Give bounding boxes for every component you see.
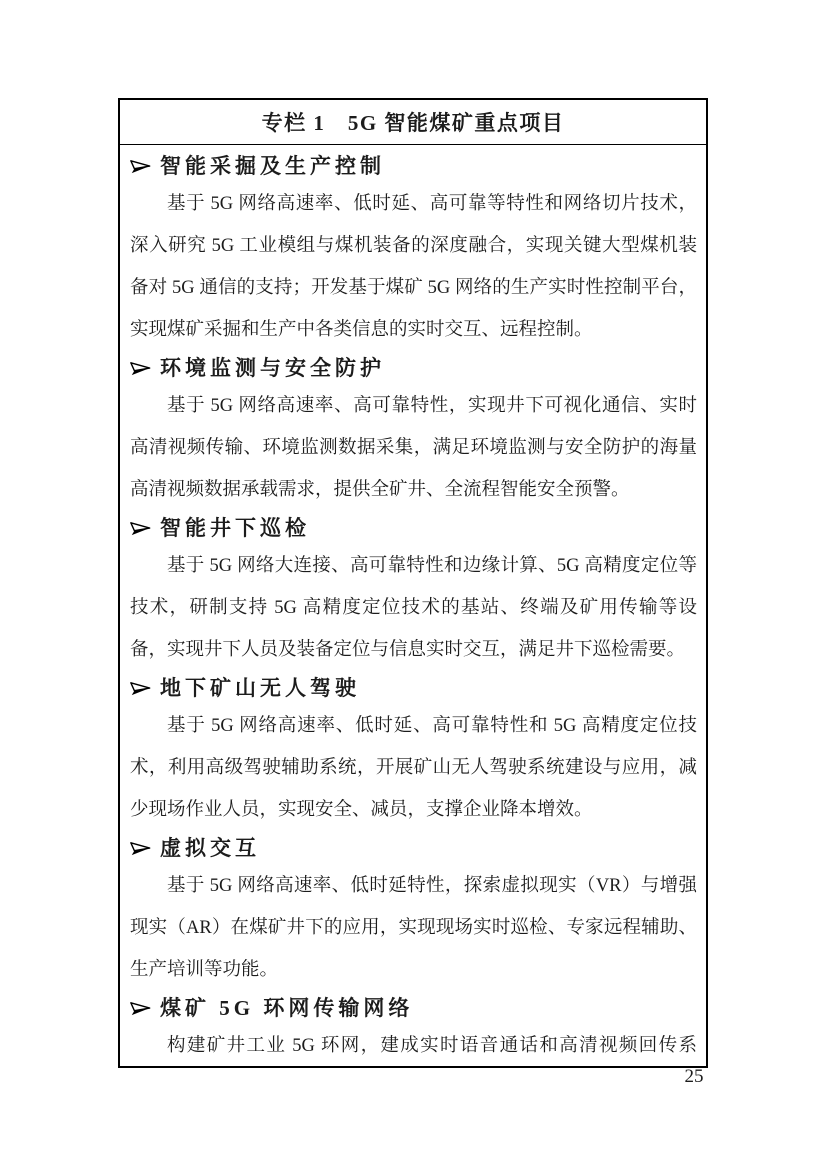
section-5g-ring-network: 煤矿 5G 环网传输网络 构建矿井工业 5G 环网，建成实时语音通话和高清视频回… — [130, 991, 697, 1068]
section-paragraph: 构建矿井工业 5G 环网，建成实时语音通话和高清视频回传系统， — [130, 1025, 697, 1068]
section-heading: 智能井下巡检 — [130, 511, 697, 545]
box-title: 专栏 1 5G 智能煤矿重点项目 — [120, 100, 706, 145]
section-smart-mining: 智能采掘及生产控制 基于 5G 网络高速率、低时延、高可靠等特性和网络切片技术，… — [130, 149, 697, 351]
section-paragraph: 基于 5G 网络高速率、低时延、高可靠等特性和网络切片技术，深入研究 5G 工业… — [130, 183, 697, 351]
section-heading: 环境监测与安全防护 — [130, 351, 697, 385]
section-paragraph: 基于 5G 网络高速率、低时延、高可靠特性和 5G 高精度定位技术，利用高级驾驶… — [130, 705, 697, 831]
arrowhead-right-icon — [130, 520, 151, 537]
section-heading-text: 环境监测与安全防护 — [160, 351, 385, 385]
section-heading: 地下矿山无人驾驶 — [130, 671, 697, 705]
arrowhead-right-icon — [130, 158, 151, 175]
section-paragraph: 基于 5G 网络高速率、高可靠特性，实现井下可视化通信、实时高清视频传输、环境监… — [130, 385, 697, 511]
document-page: 专栏 1 5G 智能煤矿重点项目 智能采掘及生产控制 基于 5G 网络高速率、低… — [0, 0, 826, 1169]
section-underground-inspection: 智能井下巡检 基于 5G 网络大连接、高可靠特性和边缘计算、5G 高精度定位等技… — [130, 511, 697, 671]
section-heading: 煤矿 5G 环网传输网络 — [130, 991, 697, 1025]
arrowhead-right-icon — [130, 360, 151, 377]
section-heading-text: 虚拟交互 — [160, 831, 260, 865]
section-virtual-interaction: 虚拟交互 基于 5G 网络高速率、低时延特性，探索虚拟现实（VR）与增强现实（A… — [130, 831, 697, 991]
arrowhead-right-icon — [130, 680, 151, 697]
section-heading: 智能采掘及生产控制 — [130, 149, 697, 183]
section-paragraph: 基于 5G 网络高速率、低时延特性，探索虚拟现实（VR）与增强现实（AR）在煤矿… — [130, 865, 697, 991]
section-driverless-mining: 地下矿山无人驾驶 基于 5G 网络高速率、低时延、高可靠特性和 5G 高精度定位… — [130, 671, 697, 831]
section-heading-text: 智能井下巡检 — [160, 511, 310, 545]
section-environment-monitoring: 环境监测与安全防护 基于 5G 网络高速率、高可靠特性，实现井下可视化通信、实时… — [130, 351, 697, 511]
section-heading-text: 智能采掘及生产控制 — [160, 149, 385, 183]
section-heading: 虚拟交互 — [130, 831, 697, 865]
section-heading-text: 地下矿山无人驾驶 — [160, 671, 360, 705]
section-paragraph: 基于 5G 网络大连接、高可靠特性和边缘计算、5G 高精度定位等技术，研制支持 … — [130, 545, 697, 671]
page-number: 25 — [678, 1066, 710, 1088]
arrowhead-right-icon — [130, 1000, 151, 1017]
arrowhead-right-icon — [130, 840, 151, 857]
highlight-box: 专栏 1 5G 智能煤矿重点项目 智能采掘及生产控制 基于 5G 网络高速率、低… — [118, 98, 708, 1068]
section-heading-text: 煤矿 5G 环网传输网络 — [160, 991, 413, 1025]
box-body: 智能采掘及生产控制 基于 5G 网络高速率、低时延、高可靠等特性和网络切片技术，… — [120, 145, 706, 1068]
